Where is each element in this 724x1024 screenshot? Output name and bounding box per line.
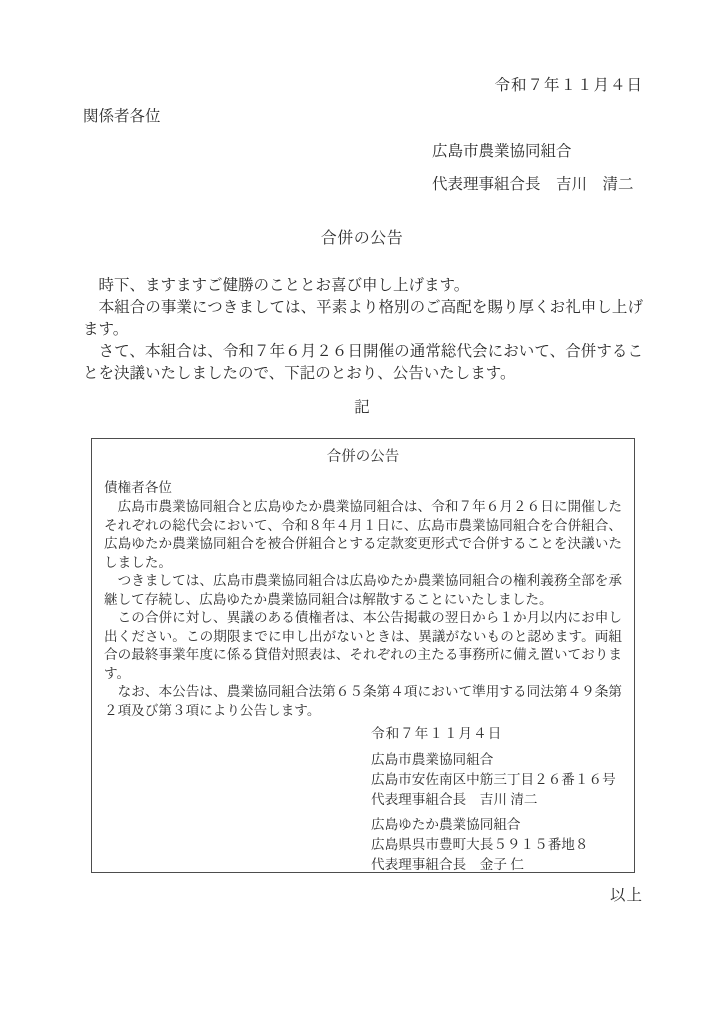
merger-notice-box: 合併の公告 債権者各位 広島市農業協同組合と広島ゆたか農業協同組合は、令和７年６… xyxy=(91,438,635,873)
signatory-organization: 広島市農業協同組合 xyxy=(371,750,622,770)
signatory-block: 広島ゆたか農業協同組合 広島県呉市豊町大長５９１５番地８ 代表理事組合長 金子 … xyxy=(371,815,622,873)
signatory-representative: 代表理事組合長 金子 仁 xyxy=(371,855,622,873)
notice-box-addressee: 債権者各位 xyxy=(104,479,622,497)
record-marker: 記 xyxy=(0,398,724,418)
document-page: 令和７年１１月４日 関係者各位 広島市農業協同組合 代表理事組合長 吉川 清二 … xyxy=(0,0,724,1024)
document-date: 令和７年１１月４日 xyxy=(83,76,643,96)
body-paragraph: 時下、ますますご健勝のこととお喜び申し上げます。 xyxy=(83,275,643,297)
notice-paragraph: この合併に対し、異議のある債権者は、本公告掲載の翌日から１か月以内にお申し出くだ… xyxy=(104,609,622,683)
sender-representative: 代表理事組合長 吉川 清二 xyxy=(432,169,634,202)
notice-box-paragraphs: 広島市農業協同組合と広島ゆたか農業協同組合は、令和７年６月２６日に開催したそれぞ… xyxy=(104,498,622,720)
signatory-organization: 広島ゆたか農業協同組合 xyxy=(371,815,622,835)
notice-paragraph: 広島市農業協同組合と広島ゆたか農業協同組合は、令和７年６月２６日に開催したそれぞ… xyxy=(104,498,622,572)
signatory-address: 広島県呉市豊町大長５９１５番地８ xyxy=(371,835,622,855)
body-paragraphs: 時下、ますますご健勝のこととお喜び申し上げます。 本組合の事業につきましては、平… xyxy=(83,275,643,385)
notice-paragraph: なお、本公告は、農業協同組合法第６５条第４項において準用する同法第４９条第２項及… xyxy=(104,683,622,720)
closing-marker: 以上 xyxy=(83,886,643,906)
signatory-block: 広島市農業協同組合 広島市安佐南区中筋三丁目２６番１６号 代表理事組合長 吉川 … xyxy=(371,750,622,810)
signatory-representative: 代表理事組合長 吉川 清二 xyxy=(371,790,622,810)
document-title: 合併の公告 xyxy=(0,229,724,249)
sender-organization: 広島市農業協同組合 xyxy=(432,136,634,169)
body-paragraph: 本組合の事業につきましては、平素より格別のご高配を賜り厚くお礼申し上げます。 xyxy=(83,297,643,341)
notice-paragraph: つきましては、広島市農業協同組合は広島ゆたか農業協同組合の権利義務全部を承継して… xyxy=(104,572,622,609)
addressee-line: 関係者各位 xyxy=(83,107,161,127)
notice-box-date: 令和７年１１月４日 xyxy=(371,725,622,743)
notice-box-title: 合併の公告 xyxy=(104,448,622,466)
signatory-address: 広島市安佐南区中筋三丁目２６番１６号 xyxy=(371,770,622,790)
body-paragraph: さて、本組合は、令和７年６月２６日開催の通常総代会において、合併することを決議い… xyxy=(83,341,643,385)
sender-block: 広島市農業協同組合 代表理事組合長 吉川 清二 xyxy=(432,136,634,201)
